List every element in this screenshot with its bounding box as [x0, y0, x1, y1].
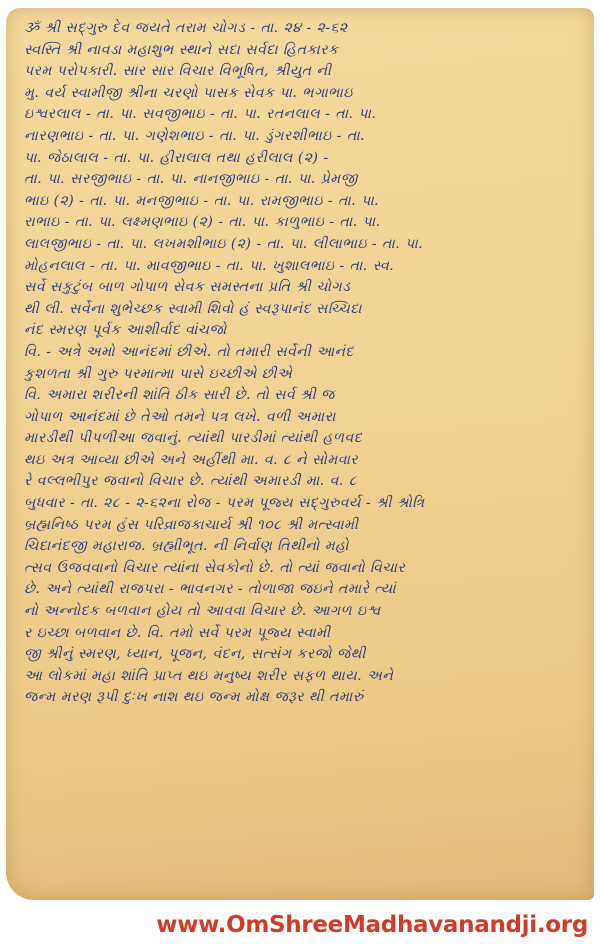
letter-line: ગોપાળ આનંદમાં છે તેઓ તમને પત્ર લખે. વળી …: [24, 407, 590, 429]
letter-line: ર ઇચ્છા બળવાન છે. વિ. તમો સર્વે પરમ પૂજ્…: [24, 623, 590, 645]
letter-line: બુધવાર - તા. ૨૮ - ૨-૬૨ના રોજ - પરમ પૂજ્ય…: [24, 493, 590, 515]
letter-line: આ લોકમાં મહા શાંતિ પ્રાપ્ત થઇ મનુષ્ય શરી…: [24, 666, 590, 688]
letter-line: ભાઇ (૨) - તા. પા. મનજીભાઇ - તા. પા. રામજ…: [24, 191, 590, 213]
letter-line: વિ. - અત્રે અમો આનંદમાં છીએ. તો તમારી સર…: [24, 342, 590, 364]
handwritten-text: ૐ શ્રી સદ્ગુરુ દેવ જયતે તરામ ચોગડ - તા. …: [24, 18, 590, 709]
letter-line: પરમ પરોપકારી. સાર સાર વિચાર વિભૂષિત, શ્ર…: [24, 61, 590, 83]
letter-line: લાલજીભાઇ - તા. પા. લખમશીભાઇ (૨) - તા. પા…: [24, 234, 590, 256]
letter-line: કુશળતા શ્રી ગુરુ પરમાત્મા પાસે ઇચ્છીએ છી…: [24, 364, 590, 386]
letter-line: બ્રહ્મનિષ્ઠ પરમ હંસ પરિવ્રાજકાચાર્ય શ્રી…: [24, 515, 590, 537]
letter-line: સ્વસ્તિ શ્રી નાવડા મહાશુભ સ્થાને સદા સર્…: [24, 40, 590, 62]
website-watermark: www.OmShreeMadhavanandji.org: [156, 912, 588, 938]
letter-line: રે વલ્લભીપુર જવાનો વિચાર છે. ત્યાંથી અમા…: [24, 471, 590, 493]
letter-paper: ૐ શ્રી સદ્ગુરુ દેવ જયતે તરામ ચોગડ - તા. …: [6, 8, 594, 900]
letter-line: પા. જેઠાલાલ - તા. પા. હીરાલાલ તથા હરીલાલ…: [24, 148, 590, 170]
letter-line: નો અન્નોદક બળવાન હોય તો આવવા વિચાર છે. આ…: [24, 601, 590, 623]
letter-line: ત્સવ ઉજવવાનો વિચાર ત્યાંના સેવકોનો છે. ત…: [24, 558, 590, 580]
letter-line: ૐ શ્રી સદ્ગુરુ દેવ જયતે તરામ ચોગડ - તા. …: [24, 18, 590, 40]
letter-line: ઇશ્વરલાલ - તા. પા. સવજીભાઇ - તા. પા. રતન…: [24, 104, 590, 126]
letter-line: થઇ અત્ર આવ્યા છીએ અને અહીંથી મા. વ. ૮ ને…: [24, 450, 590, 472]
letter-line: વિ. અમારા શરીરની શાંતિ ઠીક સારી છે. તો સ…: [24, 385, 590, 407]
letter-line: મુ. વર્ય સ્વામીજી શ્રીના ચરણો પાસક સેવક …: [24, 83, 590, 105]
letter-line: છે. અને ત્યાંથી રાજપરા - ભાવનગર - તોળાજા…: [24, 579, 590, 601]
letter-line: મોહનલાલ - તા. પા. માવજીભાઇ - તા. પા. ખુશ…: [24, 256, 590, 278]
letter-line: ચિદાનંદજી મહારાજ. બ્રહ્મીભૂત. ની નિર્વાણ…: [24, 536, 590, 558]
letter-line: મારડીથી પીપળીઆ જવાનું. ત્યાંથી પારડીમાં …: [24, 428, 590, 450]
letter-line: સર્વે સકુટુંબ બાળ ગોપાળ સેવક સમસ્તના પ્ર…: [24, 277, 590, 299]
letter-line: રાભાઇ - તા. પા. લક્ષ્મણભાઇ (૨) - તા. પા.…: [24, 212, 590, 234]
letter-line: જી શ્રીનું સ્મરણ, ધ્યાન, પૂજન, વંદન, સત્…: [24, 644, 590, 666]
letter-line: તા. પા. સરજીભાઇ - તા. પા. નાનજીભાઇ - તા.…: [24, 169, 590, 191]
letter-line: નંદ સ્મરણ પૂર્વક આશીર્વાદ વાંચજો: [24, 320, 590, 342]
letter-line: જન્મ મરણ રૂપી દુઃખ નાશ થઇ જન્મ મોક્ષ જરૂ…: [24, 687, 590, 709]
letter-line: થી લી. સર્વેના શુભેચ્છક સ્વામી શિવો હં સ…: [24, 299, 590, 321]
letter-line: નારણભાઇ - તા. પા. ગણેશભાઇ - તા. પા. ડુંગ…: [24, 126, 590, 148]
